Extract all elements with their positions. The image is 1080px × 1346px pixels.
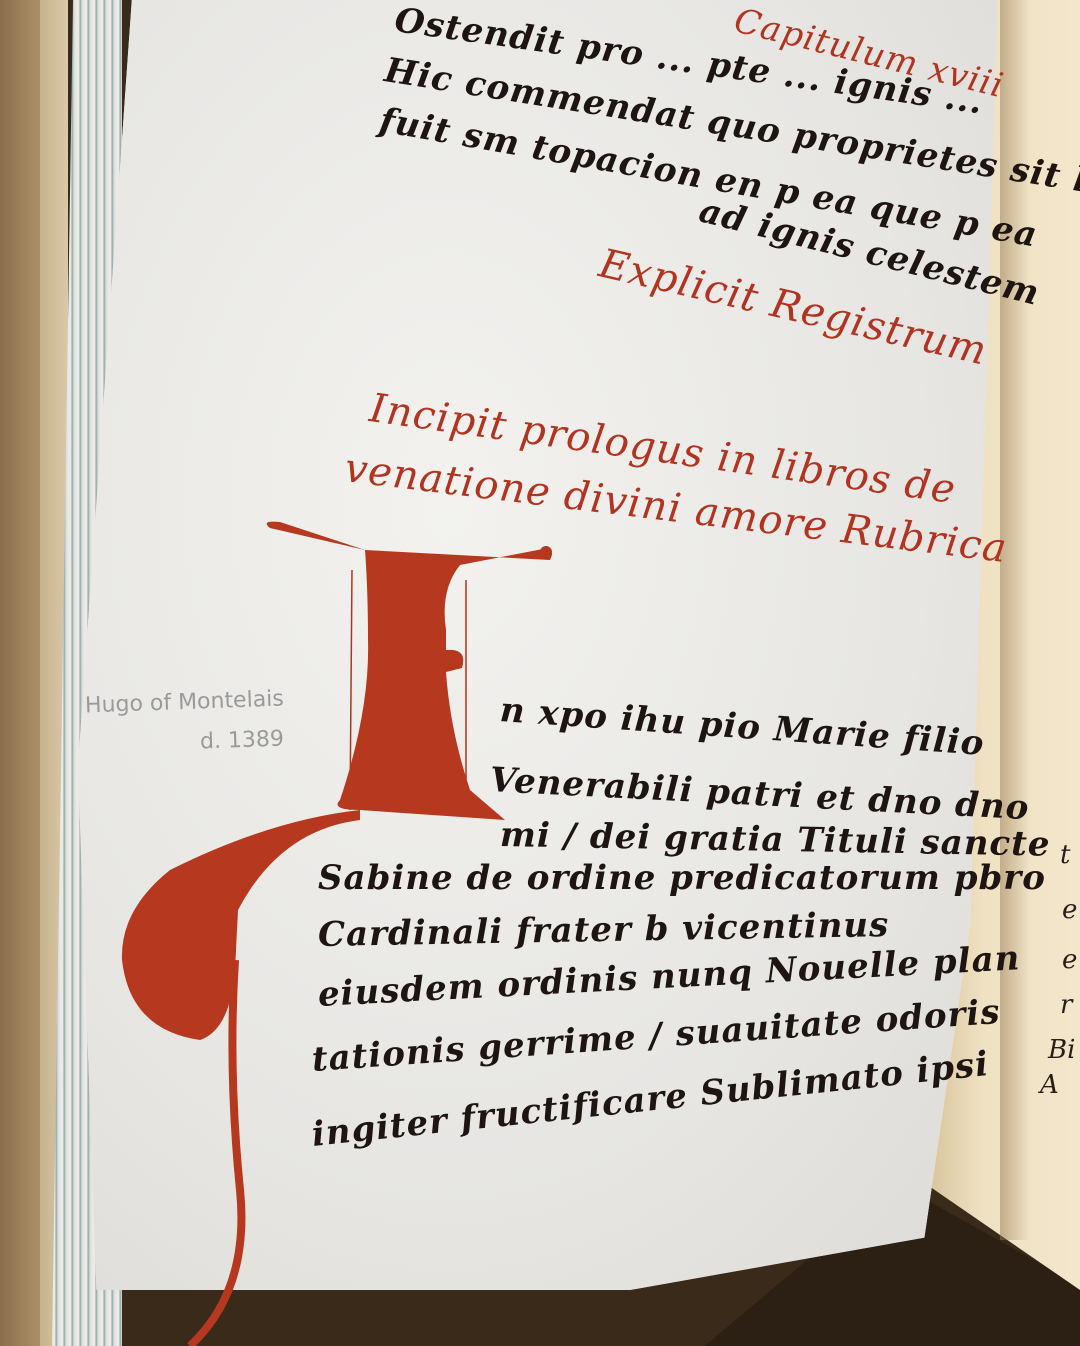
manuscript-photo: Ostendit pro ... pte ... ignis ... Hic c… <box>0 0 1080 1346</box>
facing-glyph: r <box>1060 990 1072 1020</box>
pencil-note-date: d. 1389 <box>200 727 285 755</box>
facing-glyph: t <box>1060 840 1070 870</box>
facing-glyph: e <box>1062 895 1077 925</box>
facing-glyph: Bi <box>1048 1035 1075 1065</box>
facing-glyph: A <box>1040 1070 1059 1100</box>
body-line-4: Sabine de ordine predicatorum pbro <box>318 858 1046 898</box>
facing-glyph: e <box>1062 945 1077 975</box>
